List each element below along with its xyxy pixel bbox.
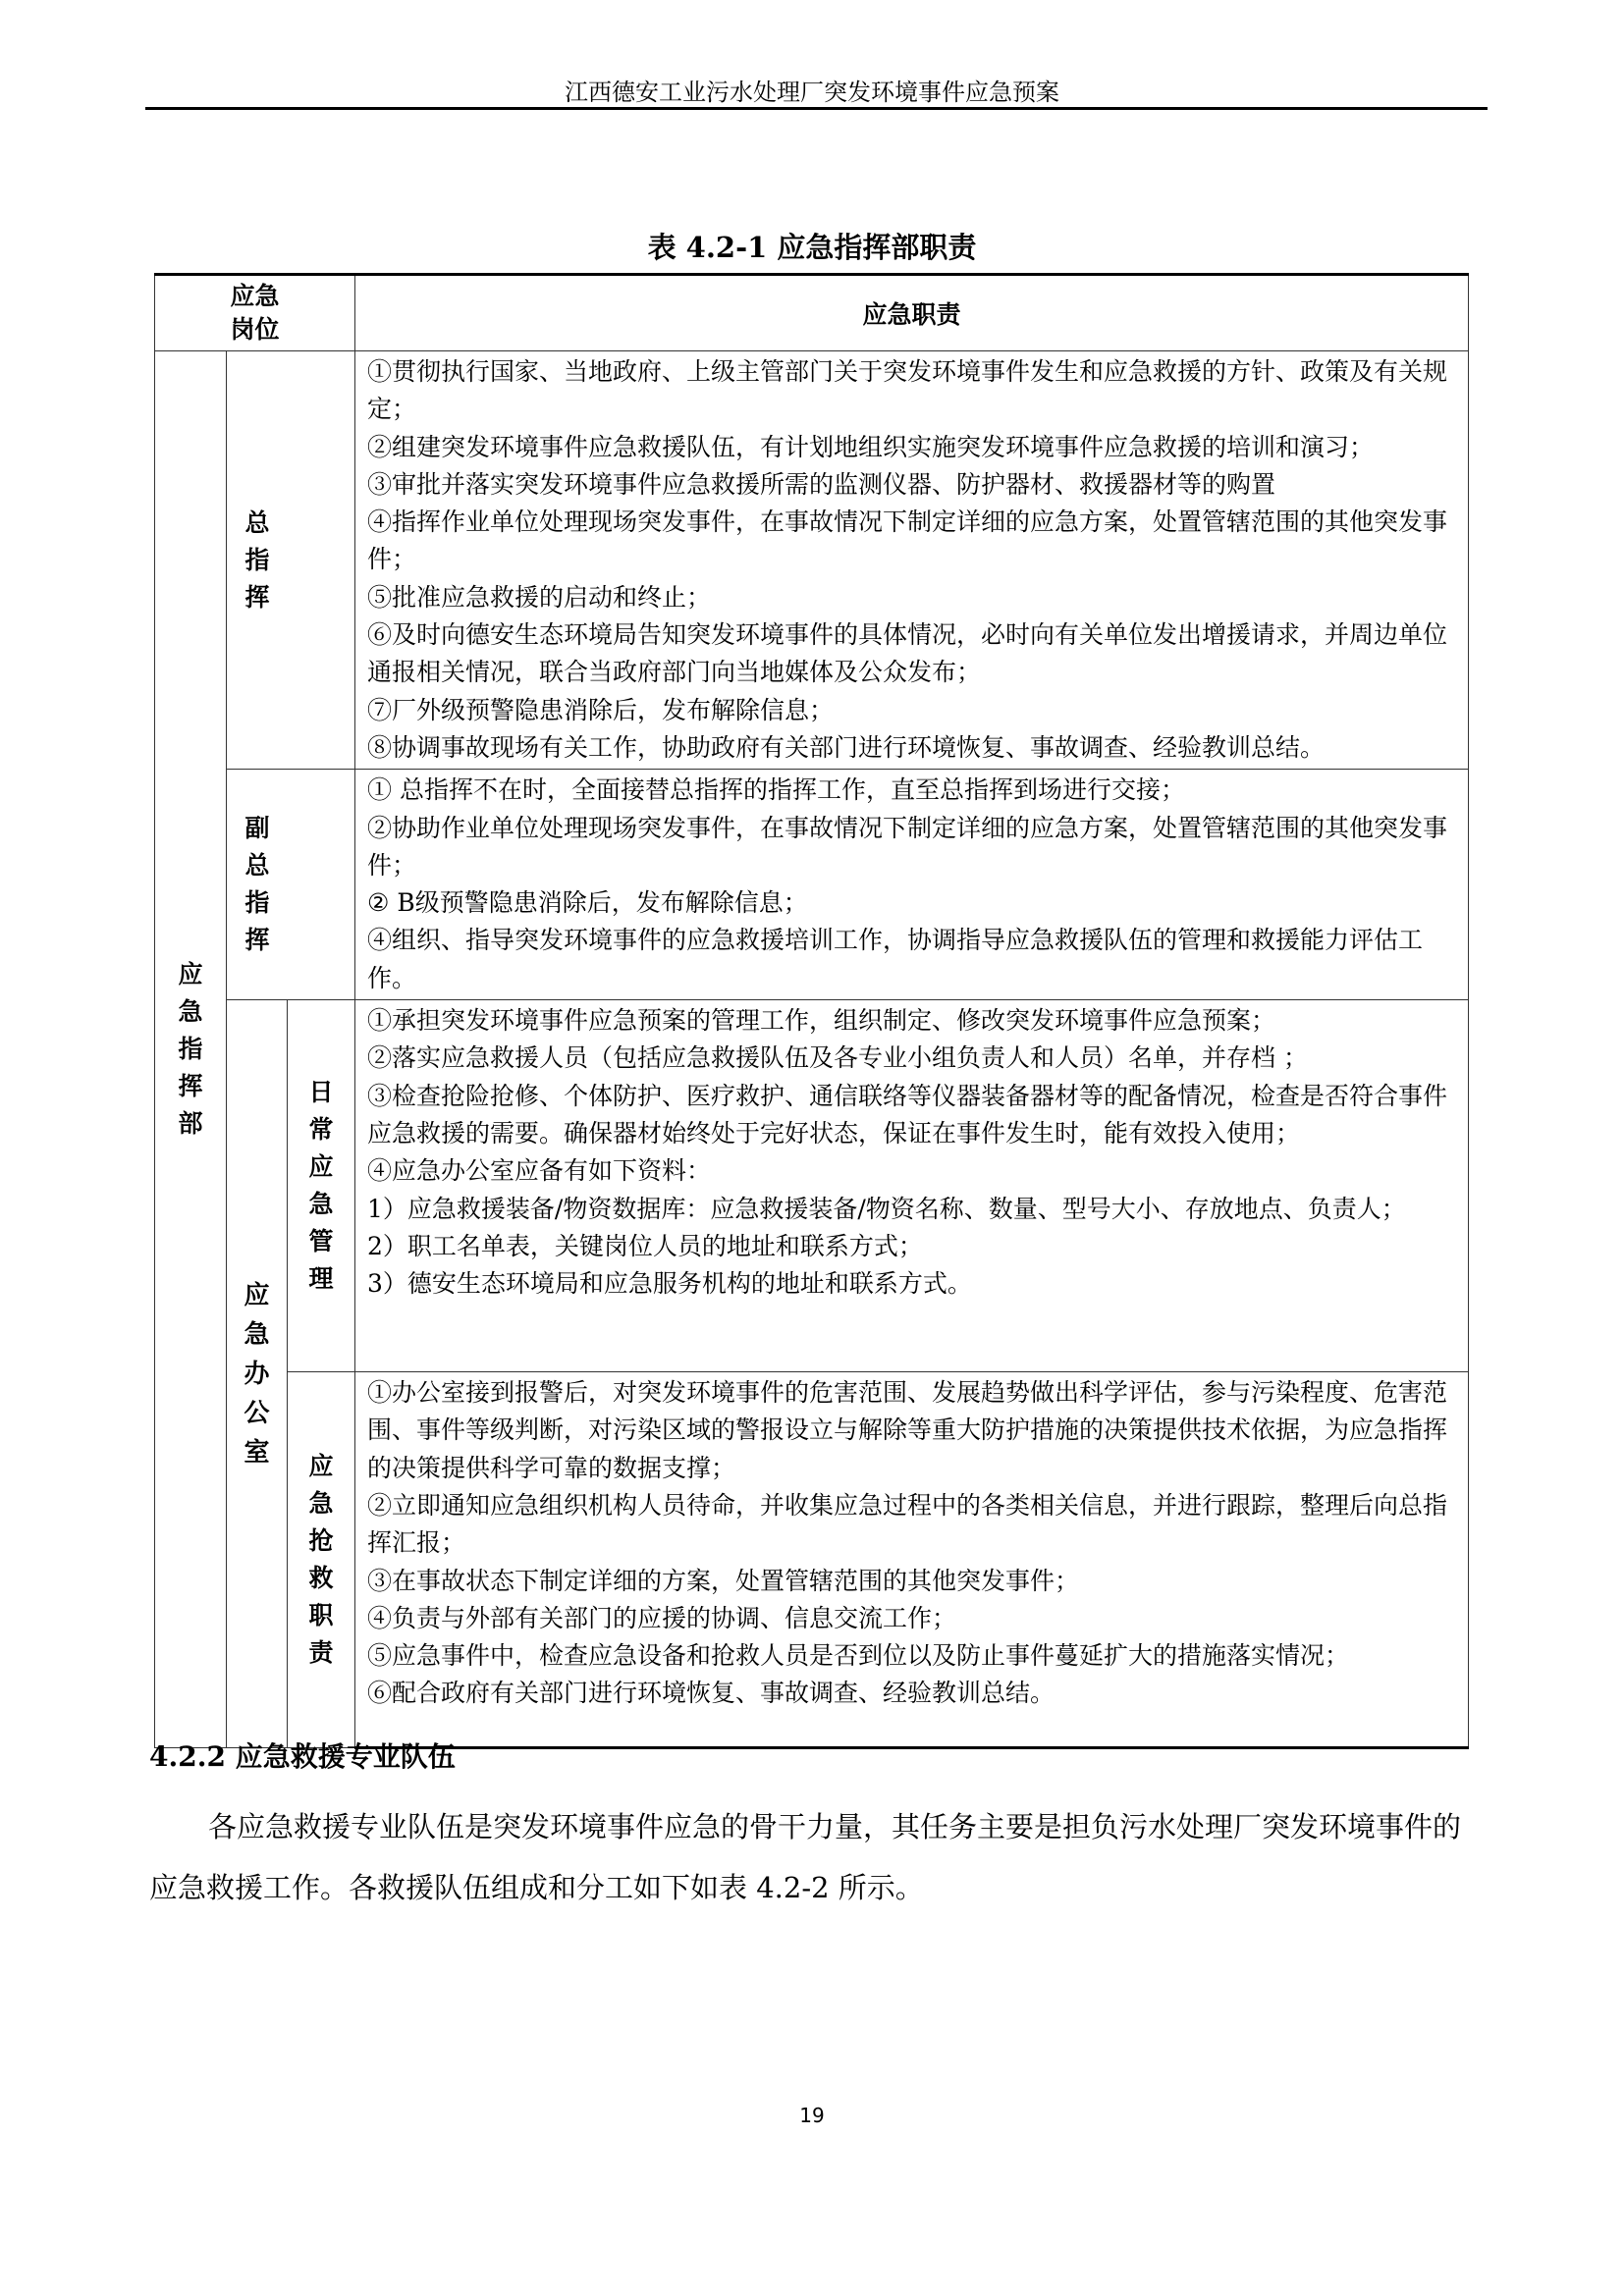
duty-table: 应急岗位 应急职责 应急指挥部 总指挥 ①贯彻执行国家、当地政府、上级主管部门关… (154, 273, 1469, 1749)
duty-cell: ①贯彻执行国家、当地政府、上级主管部门关于突发环境事件发生和应急救援的方针、政策… (355, 351, 1469, 770)
subrole-label: 应急抢救职责 (308, 1448, 334, 1672)
group-label-cell: 应急指挥部 (155, 351, 227, 1748)
page-number: 19 (0, 2104, 1624, 2127)
duty-cell: ① 总指挥不在时，全面接替总指挥的指挥工作，直至总指挥到场进行交接； ②协助作业… (355, 770, 1469, 1000)
duty-line: 3）德安生态环境局和应急服务机构的地址和联系方式。 (367, 1265, 1458, 1303)
header-cell-duty: 应急职责 (355, 275, 1469, 351)
role-cell: 总指挥 (227, 351, 355, 770)
table-caption: 表 4.2-1 应急指挥部职责 (0, 226, 1624, 266)
duty-line: ④应急办公室应备有如下资料： (367, 1152, 1458, 1190)
group-label: 应急指挥部 (178, 956, 203, 1143)
subrole-cell: 日常应急管理 (288, 1000, 355, 1372)
role-cell: 应急办公室 (227, 1000, 288, 1748)
duty-line: ③在事故状态下制定详细的方案，处置管辖范围的其他突发事件； (367, 1563, 1458, 1600)
table-row: 应急抢救职责 ①办公室接到报警后，对突发环境事件的危害范围、发展趋势做出科学评估… (155, 1372, 1469, 1748)
duty-line: ②组建突发环境事件应急救援队伍，有计划地组织实施突发环境事件应急救援的培训和演习… (367, 429, 1458, 466)
duty-line: ④指挥作业单位处理现场突发事件，在事故情况下制定详细的应急方案，处置管辖范围的其… (367, 504, 1458, 579)
duty-line: ④负责与外部有关部门的应援的协调、信息交流工作； (367, 1600, 1458, 1637)
section-heading: 4.2.2 应急救援专业队伍 (149, 1735, 456, 1775)
table-row: 应急办公室 日常应急管理 ①承担突发环境事件应急预案的管理工作，组织制定、修改突… (155, 1000, 1469, 1372)
duty-cell: ①办公室接到报警后，对突发环境事件的危害范围、发展趋势做出科学评估，参与污染程度… (355, 1372, 1469, 1748)
header-rule (145, 107, 1488, 110)
header-cell-position: 应急岗位 (155, 275, 355, 351)
duty-line: ⑧协调事故现场有关工作，协助政府有关部门进行环境恢复、事故调查、经验教训总结。 (367, 729, 1458, 767)
table-row: 副总指挥 ① 总指挥不在时，全面接替总指挥的指挥工作，直至总指挥到场进行交接； … (155, 770, 1469, 1000)
duty-line: ⑦厂外级预警隐患消除后，发布解除信息； (367, 692, 1458, 729)
duty-line: ②立即通知应急组织机构人员待命，并收集应急过程中的各类相关信息，并进行跟踪，整理… (367, 1487, 1458, 1563)
duty-line: ③检查抢险抢修、个体防护、医疗救护、通信联络等仪器装备器材等的配备情况，检查是否… (367, 1078, 1458, 1153)
table-header-row: 应急岗位 应急职责 (155, 275, 1469, 351)
role-label: 应急办公室 (244, 1276, 270, 1472)
duty-line: ①办公室接到报警后，对突发环境事件的危害范围、发展趋势做出科学评估，参与污染程度… (367, 1374, 1458, 1487)
duty-line: ②落实应急救援人员（包括应急救援队伍及各专业小组负责人和人员）名单，并存档 ； (367, 1040, 1458, 1077)
role-label: 总指挥 (244, 505, 270, 616)
duty-line: 2）职工名单表，关键岗位人员的地址和联系方式； (367, 1228, 1458, 1265)
duty-line: 1）应急救援装备/物资数据库：应急救援装备/物资名称、数量、型号大小、存放地点、… (367, 1191, 1458, 1228)
duty-line: ③审批并落实突发环境事件应急救援所需的监测仪器、防护器材、救援器材等的购置 (367, 466, 1458, 504)
role-label: 副总指挥 (244, 810, 270, 959)
duty-line: ②协助作业单位处理现场突发事件，在事故情况下制定详细的应急方案，处置管辖范围的其… (367, 810, 1458, 885)
duty-line: ⑤应急事件中，检查应急设备和抢救人员是否到位以及防止事件蔓延扩大的措施落实情况； (367, 1637, 1458, 1675)
duty-line: ② B级预警隐患消除后，发布解除信息； (367, 884, 1458, 922)
duty-line: ⑤批准应急救援的启动和终止； (367, 579, 1458, 616)
role-cell: 副总指挥 (227, 770, 355, 1000)
duty-line: ⑥及时向德安生态环境局告知突发环境事件的具体情况，必时向有关单位发出增援请求，并… (367, 616, 1458, 692)
section-paragraph: 各应急救援专业队伍是突发环境事件应急的骨干力量，其任务主要是担负污水处理厂突发环… (149, 1796, 1481, 1918)
paragraph-text: 各应急救援专业队伍是突发环境事件应急的骨干力量，其任务主要是担负污水处理厂突发环… (149, 1810, 1461, 1904)
duty-line: ④组织、指导突发环境事件的应急救援培训工作，协调指导应急救援队伍的管理和救援能力… (367, 922, 1458, 997)
subrole-cell: 应急抢救职责 (288, 1372, 355, 1748)
duty-line: ① 总指挥不在时，全面接替总指挥的指挥工作，直至总指挥到场进行交接； (367, 772, 1458, 809)
table-row: 应急指挥部 总指挥 ①贯彻执行国家、当地政府、上级主管部门关于突发环境事件发生和… (155, 351, 1469, 770)
document-header-title: 江西德安工业污水处理厂突发环境事件应急预案 (0, 73, 1624, 107)
subrole-label: 日常应急管理 (308, 1074, 334, 1298)
duty-cell: ①承担突发环境事件应急预案的管理工作，组织制定、修改突发环境事件应急预案； ②落… (355, 1000, 1469, 1372)
duty-line: ①贯彻执行国家、当地政府、上级主管部门关于突发环境事件发生和应急救援的方针、政策… (367, 353, 1458, 429)
duty-line: ①承担突发环境事件应急预案的管理工作，组织制定、修改突发环境事件应急预案； (367, 1002, 1458, 1040)
duty-line: ⑥配合政府有关部门进行环境恢复、事故调查、经验教训总结。 (367, 1675, 1458, 1712)
